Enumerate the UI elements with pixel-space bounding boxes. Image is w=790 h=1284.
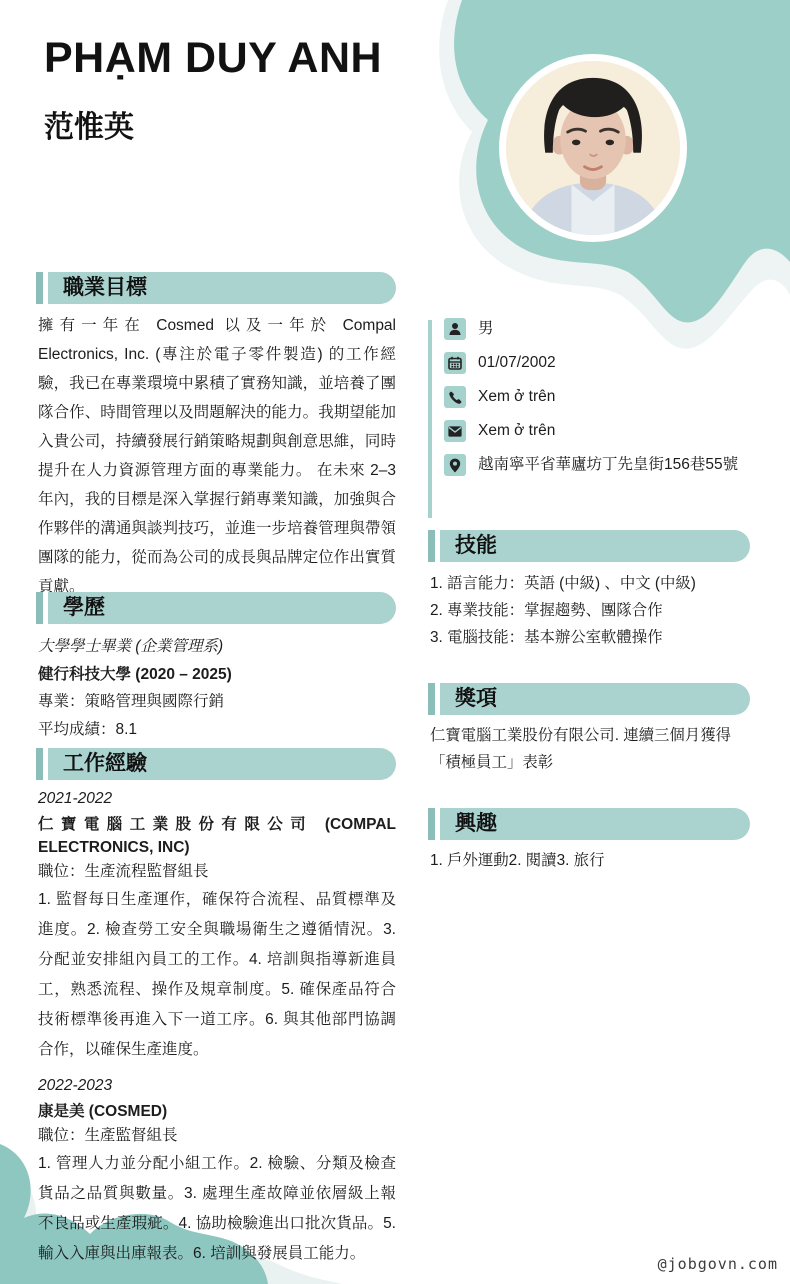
section-skills: 技能 1. 語言能力：英語 (中級) 、中文 (中級) 2. 專業技能：掌握趨勢… — [428, 530, 750, 651]
section-accent-bar — [36, 748, 43, 780]
calendar-icon — [444, 352, 466, 374]
section-experience: 工作經驗 2021-2022 仁寶電腦工業股份有限公司 (COMPAL ELEC… — [36, 748, 396, 1269]
contact-info: 男 01/07/2002 Xem ở trên Xem ở trên 越南寧平省… — [428, 318, 762, 476]
section-education: 學歷 大學學士畢業 (企業管理系) 健行科技大學 (2020 – 2025) 專… — [36, 592, 396, 743]
job-duties: 1. 監督每日生產運作，確保符合流程、品質標準及進度。2. 檢查勞工安全與職場衛… — [38, 885, 396, 1065]
candidate-name: PHẠM DUY ANH — [44, 32, 404, 84]
contact-row-phone: Xem ở trên — [444, 386, 762, 408]
birthdate-value: 01/07/2002 — [478, 352, 762, 374]
interests-header: 興趣 — [428, 808, 750, 840]
section-accent-bar — [36, 272, 43, 304]
contact-row-birthdate: 01/07/2002 — [444, 352, 762, 374]
contact-row-email: Xem ở trên — [444, 420, 762, 442]
watermark: @jobgovn.com — [658, 1255, 778, 1273]
interests-title: 興趣 — [440, 808, 750, 840]
address-value: 越南寧平省華廬坊丁先皇街156巷55號 — [478, 454, 762, 476]
skills-title: 技能 — [440, 530, 750, 562]
skill-item: 1. 語言能力：英語 (中級) 、中文 (中級) — [430, 570, 750, 597]
experience-title: 工作經驗 — [48, 748, 396, 780]
objective-header: 職業目標 — [36, 272, 396, 304]
job-period: 2021-2022 — [38, 788, 396, 809]
section-objective: 職業目標 擁有一年在 Cosmed 以及一年於 Compal Electroni… — [36, 272, 396, 601]
candidate-chinese-name: 范惟英 — [44, 102, 404, 146]
awards-title: 獎項 — [440, 683, 750, 715]
job-company: 康是美 (COSMED) — [38, 1100, 396, 1123]
education-degree: 大學學士畢業 (企業管理系) — [38, 633, 396, 661]
section-accent-bar — [428, 808, 435, 840]
person-icon — [444, 318, 466, 340]
job-position: 職位：生產監督組長 — [38, 1123, 396, 1149]
job-company: 仁寶電腦工業股份有限公司 (COMPAL ELECTRONICS, INC) — [38, 813, 396, 859]
resume-page: PHẠM DUY ANH 范惟英 職業目標 擁有一年在 Cosmed 以及一年於… — [0, 0, 790, 1284]
experience-header: 工作經驗 — [36, 748, 396, 780]
mail-icon — [444, 420, 466, 442]
skill-item: 2. 專業技能：掌握趨勢、團隊合作 — [430, 597, 750, 624]
job-entry: 2022-2023 康是美 (COSMED) 職位：生產監督組長 1. 管理人力… — [38, 1075, 396, 1269]
contact-row-address: 越南寧平省華廬坊丁先皇街156巷55號 — [444, 454, 762, 476]
gender-value: 男 — [478, 318, 762, 340]
portrait-illustration — [506, 61, 680, 235]
job-duties: 1. 管理人力並分配小組工作。2. 檢驗、分類及檢查貨品之品質與數量。3. 處理… — [38, 1149, 396, 1269]
awards-header: 獎項 — [428, 683, 750, 715]
profile-photo — [499, 54, 687, 242]
section-interests: 興趣 1. 戶外運動2. 閱讀3. 旅行 — [428, 808, 750, 873]
contact-row-gender: 男 — [444, 318, 762, 340]
section-accent-bar — [36, 592, 43, 624]
section-accent-bar — [428, 530, 435, 562]
phone-icon — [444, 386, 466, 408]
header: PHẠM DUY ANH 范惟英 — [44, 32, 404, 146]
phone-value: Xem ở trên — [478, 386, 762, 408]
objective-title: 職業目標 — [48, 272, 396, 304]
section-awards: 獎項 仁寶電腦工業股份有限公司. 連續三個月獲得「積極員工」表彰 — [428, 683, 750, 776]
email-value: Xem ở trên — [478, 420, 762, 442]
education-major: 專業：策略管理與國際行銷 — [38, 688, 396, 716]
job-period: 2022-2023 — [38, 1075, 396, 1096]
education-title: 學歷 — [48, 592, 396, 624]
award-text: 仁寶電腦工業股份有限公司. 連續三個月獲得「積極員工」表彰 — [430, 722, 750, 776]
skills-header: 技能 — [428, 530, 750, 562]
education-school: 健行科技大學 (2020 – 2025) — [38, 661, 396, 689]
interests-text: 1. 戶外運動2. 閱讀3. 旅行 — [430, 849, 750, 873]
skill-item: 3. 電腦技能：基本辦公室軟體操作 — [430, 624, 750, 651]
section-accent-bar — [428, 683, 435, 715]
education-header: 學歷 — [36, 592, 396, 624]
job-position: 職位：生產流程監督組長 — [38, 859, 396, 885]
location-icon — [444, 454, 466, 476]
education-gpa: 平均成績：8.1 — [38, 716, 396, 744]
objective-text: 擁有一年在 Cosmed 以及一年於 Compal Electronics, I… — [38, 311, 396, 601]
job-entry: 2021-2022 仁寶電腦工業股份有限公司 (COMPAL ELECTRONI… — [38, 788, 396, 1065]
